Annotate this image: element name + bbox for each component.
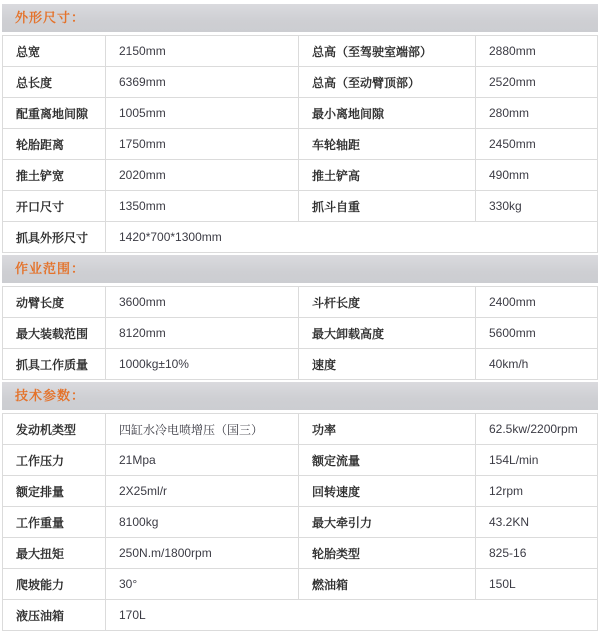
- spec-label: 总长度: [3, 67, 106, 98]
- spec-label: 额定排量: [3, 476, 106, 507]
- spec-label: 回转速度: [299, 476, 476, 507]
- section-title: 外形尺寸：: [15, 10, 85, 25]
- spec-label: 最小离地间隙: [299, 98, 476, 129]
- spec-label: 斗杆长度: [299, 287, 476, 318]
- spec-label: 最大卸载高度: [299, 318, 476, 349]
- spec-table: 动臂长度3600mm斗杆长度2400mm最大装载范围8120mm最大卸载高度56…: [2, 286, 598, 380]
- spec-value: 330kg: [476, 191, 598, 222]
- spec-label: 推土铲宽: [3, 160, 106, 191]
- spec-sheet: 外形尺寸：总宽2150mm总高（至驾驶室端部）2880mm总长度6369mm总高…: [0, 0, 600, 631]
- spec-value: 1000kg±10%: [106, 349, 299, 380]
- table-row: 开口尺寸1350mm抓斗自重330kg: [3, 191, 598, 222]
- section-header: 作业范围：: [2, 255, 598, 283]
- spec-label: 爬坡能力: [3, 569, 106, 600]
- spec-value: 1420*700*1300mm: [106, 222, 598, 253]
- spec-value: 40km/h: [476, 349, 598, 380]
- spec-value: 250N.m/1800rpm: [106, 538, 299, 569]
- spec-value: 2X25ml/r: [106, 476, 299, 507]
- table-row: 额定排量2X25ml/r回转速度12rpm: [3, 476, 598, 507]
- spec-label: 最大装载范围: [3, 318, 106, 349]
- spec-label: 功率: [299, 414, 476, 445]
- section-title: 作业范围：: [15, 261, 85, 276]
- table-row: 抓具工作质量1000kg±10%速度40km/h: [3, 349, 598, 380]
- spec-value: 825-16: [476, 538, 598, 569]
- spec-value: 2400mm: [476, 287, 598, 318]
- spec-label: 总宽: [3, 36, 106, 67]
- table-row: 总长度6369mm总高（至动臂顶部）2520mm: [3, 67, 598, 98]
- spec-label: 最大扭矩: [3, 538, 106, 569]
- table-row: 推土铲宽2020mm推土铲高490mm: [3, 160, 598, 191]
- spec-label: 抓具外形尺寸: [3, 222, 106, 253]
- spec-label: 抓斗自重: [299, 191, 476, 222]
- table-row: 工作压力21Mpa额定流量154L/min: [3, 445, 598, 476]
- spec-label: 燃油箱: [299, 569, 476, 600]
- table-row: 抓具外形尺寸1420*700*1300mm: [3, 222, 598, 253]
- table-row: 爬坡能力30°燃油箱150L: [3, 569, 598, 600]
- spec-value: 8100kg: [106, 507, 299, 538]
- spec-value: 30°: [106, 569, 299, 600]
- spec-value: 1350mm: [106, 191, 299, 222]
- spec-table: 总宽2150mm总高（至驾驶室端部）2880mm总长度6369mm总高（至动臂顶…: [2, 35, 598, 253]
- spec-section: 外形尺寸：总宽2150mm总高（至驾驶室端部）2880mm总长度6369mm总高…: [2, 4, 598, 253]
- spec-value: 154L/min: [476, 445, 598, 476]
- spec-label: 速度: [299, 349, 476, 380]
- spec-table: 发动机类型四缸水冷电喷增压（国三）功率62.5kw/2200rpm工作压力21M…: [2, 413, 598, 631]
- spec-label: 配重离地间隙: [3, 98, 106, 129]
- spec-value: 490mm: [476, 160, 598, 191]
- spec-label: 轮胎类型: [299, 538, 476, 569]
- spec-section: 作业范围：动臂长度3600mm斗杆长度2400mm最大装载范围8120mm最大卸…: [2, 255, 598, 380]
- table-row: 总宽2150mm总高（至驾驶室端部）2880mm: [3, 36, 598, 67]
- table-row: 最大扭矩250N.m/1800rpm轮胎类型825-16: [3, 538, 598, 569]
- spec-value: 2020mm: [106, 160, 299, 191]
- spec-value: 21Mpa: [106, 445, 299, 476]
- section-header: 技术参数：: [2, 382, 598, 410]
- spec-label: 工作重量: [3, 507, 106, 538]
- spec-label: 总高（至动臂顶部）: [299, 67, 476, 98]
- section-header: 外形尺寸：: [2, 4, 598, 32]
- spec-value: 62.5kw/2200rpm: [476, 414, 598, 445]
- spec-value: 12rpm: [476, 476, 598, 507]
- spec-value: 1750mm: [106, 129, 299, 160]
- table-row: 动臂长度3600mm斗杆长度2400mm: [3, 287, 598, 318]
- spec-value: 170L: [106, 600, 598, 631]
- spec-value: 2150mm: [106, 36, 299, 67]
- spec-value: 1005mm: [106, 98, 299, 129]
- spec-value: 5600mm: [476, 318, 598, 349]
- spec-value: 2880mm: [476, 36, 598, 67]
- spec-value: 150L: [476, 569, 598, 600]
- spec-label: 推土铲高: [299, 160, 476, 191]
- spec-value: 43.2KN: [476, 507, 598, 538]
- spec-label: 车轮轴距: [299, 129, 476, 160]
- spec-label: 抓具工作质量: [3, 349, 106, 380]
- spec-value: 8120mm: [106, 318, 299, 349]
- spec-label: 最大牵引力: [299, 507, 476, 538]
- spec-value: 2520mm: [476, 67, 598, 98]
- spec-label: 动臂长度: [3, 287, 106, 318]
- spec-label: 额定流量: [299, 445, 476, 476]
- spec-value: 四缸水冷电喷增压（国三）: [106, 414, 299, 445]
- table-row: 液压油箱170L: [3, 600, 598, 631]
- table-row: 工作重量8100kg最大牵引力43.2KN: [3, 507, 598, 538]
- spec-label: 开口尺寸: [3, 191, 106, 222]
- spec-value: 3600mm: [106, 287, 299, 318]
- spec-label: 工作压力: [3, 445, 106, 476]
- spec-label: 发动机类型: [3, 414, 106, 445]
- table-row: 轮胎距离1750mm车轮轴距2450mm: [3, 129, 598, 160]
- table-row: 发动机类型四缸水冷电喷增压（国三）功率62.5kw/2200rpm: [3, 414, 598, 445]
- spec-label: 液压油箱: [3, 600, 106, 631]
- spec-section: 技术参数：发动机类型四缸水冷电喷增压（国三）功率62.5kw/2200rpm工作…: [2, 382, 598, 631]
- table-row: 最大装载范围8120mm最大卸载高度5600mm: [3, 318, 598, 349]
- section-title: 技术参数：: [15, 388, 85, 403]
- table-row: 配重离地间隙1005mm最小离地间隙280mm: [3, 98, 598, 129]
- spec-value: 6369mm: [106, 67, 299, 98]
- spec-value: 2450mm: [476, 129, 598, 160]
- spec-label: 轮胎距离: [3, 129, 106, 160]
- spec-label: 总高（至驾驶室端部）: [299, 36, 476, 67]
- spec-value: 280mm: [476, 98, 598, 129]
